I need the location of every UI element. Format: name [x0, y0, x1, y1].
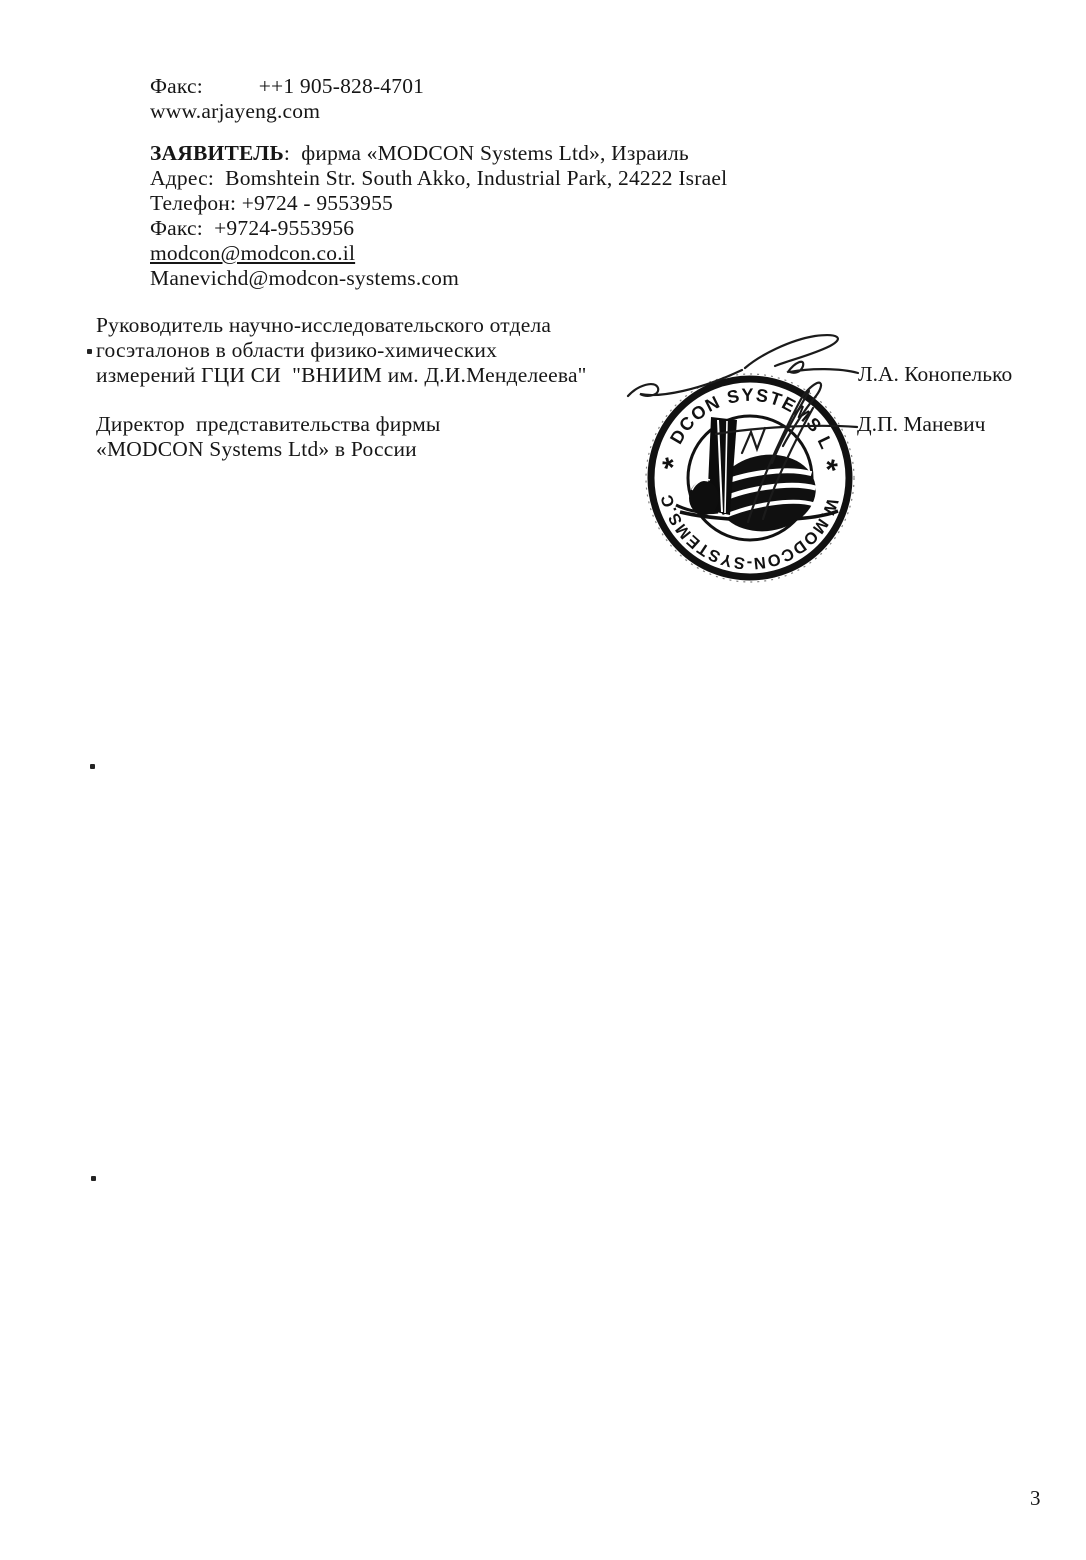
page-number: 3 — [1030, 1486, 1041, 1511]
applicant-email-secondary: Manevichd@modcon-systems.com — [150, 266, 727, 291]
signer2-title-line2: «MODCON Systems Ltd» в России — [96, 437, 441, 462]
signature-konopelko-stroke — [788, 362, 858, 373]
stamp-bottom-arc-text: WWW.MODCON-SYSTEMS.COM — [580, 300, 841, 572]
signer1-title-block: Руководитель научно-исследовательского о… — [96, 313, 587, 388]
signer1-name: Л.А. Конопелько — [858, 362, 1012, 387]
applicant-title-line: ЗАЯВИТЕЛЬ: фирма «MODCON Systems Ltd», И… — [150, 141, 727, 166]
signer1-title-line1: Руководитель научно-исследовательского о… — [96, 313, 587, 338]
header-website: www.arjayeng.com — [150, 99, 424, 124]
signature-manevich-stroke — [763, 408, 813, 519]
applicant-label-rest: : фирма «MODCON Systems Ltd», Израиль — [284, 141, 689, 165]
stamp-left-star-icon: * — [660, 451, 680, 486]
stamp-outer-grain-ring — [646, 374, 854, 582]
stamp-right-star-icon: * — [821, 453, 841, 488]
stamp-inner-ring — [688, 416, 812, 540]
ink-speck — [91, 1176, 96, 1181]
applicant-label: ЗАЯВИТЕЛЬ — [150, 141, 284, 165]
signer2-name: Д.П. Маневич — [857, 412, 986, 437]
applicant-address: Адрес: Bomshtein Str. South Akko, Indust… — [150, 166, 727, 191]
applicant-email-primary: modcon@modcon.co.il — [150, 241, 727, 266]
applicant-phone: Телефон: +9724 - 9553955 — [150, 191, 727, 216]
ink-speck — [90, 764, 95, 769]
signer2-title-line1: Директор представительства фирмы — [96, 412, 441, 437]
signer2-title-block: Директор представительства фирмы «MODCON… — [96, 412, 441, 462]
company-stamp-and-signatures: MODCON SYSTEMS LTD WWW.MODCON-SYSTEMS.CO… — [580, 300, 900, 620]
stamp-top-arc-text: MODCON SYSTEMS LTD — [580, 300, 836, 452]
ink-speck — [87, 349, 92, 354]
signature-manevich-stroke — [772, 391, 809, 463]
applicant-block: ЗАЯВИТЕЛЬ: фирма «MODCON Systems Ltd», И… — [150, 141, 727, 291]
applicant-fax: Факс: +9724-9553956 — [150, 216, 727, 241]
signature-konopelko-stroke — [745, 335, 838, 368]
signer1-title-line2: госэталонов в области физико-химических — [96, 338, 587, 363]
handwritten-signatures — [628, 335, 858, 522]
header-contact-block: Факс: ++1 905-828-4701 www.arjayeng.com — [150, 74, 424, 124]
stamp-emblem-oil-derrick-globe-icon — [676, 417, 838, 538]
signature-konopelko-stroke — [628, 370, 742, 396]
signature-manevich-stroke — [716, 426, 857, 434]
scanned-document-page: Факс: ++1 905-828-4701 www.arjayeng.com … — [0, 0, 1086, 1560]
stamp-svg: MODCON SYSTEMS LTD WWW.MODCON-SYSTEMS.CO… — [580, 300, 900, 620]
stamp-outer-ring — [651, 379, 849, 577]
signature-manevich-stroke — [742, 428, 765, 453]
signature-manevich-stroke — [748, 383, 821, 522]
signer1-title-line3: измерений ГЦИ СИ "ВНИИМ им. Д.И.Менделее… — [96, 363, 587, 388]
header-fax-line: Факс: ++1 905-828-4701 — [150, 74, 424, 99]
